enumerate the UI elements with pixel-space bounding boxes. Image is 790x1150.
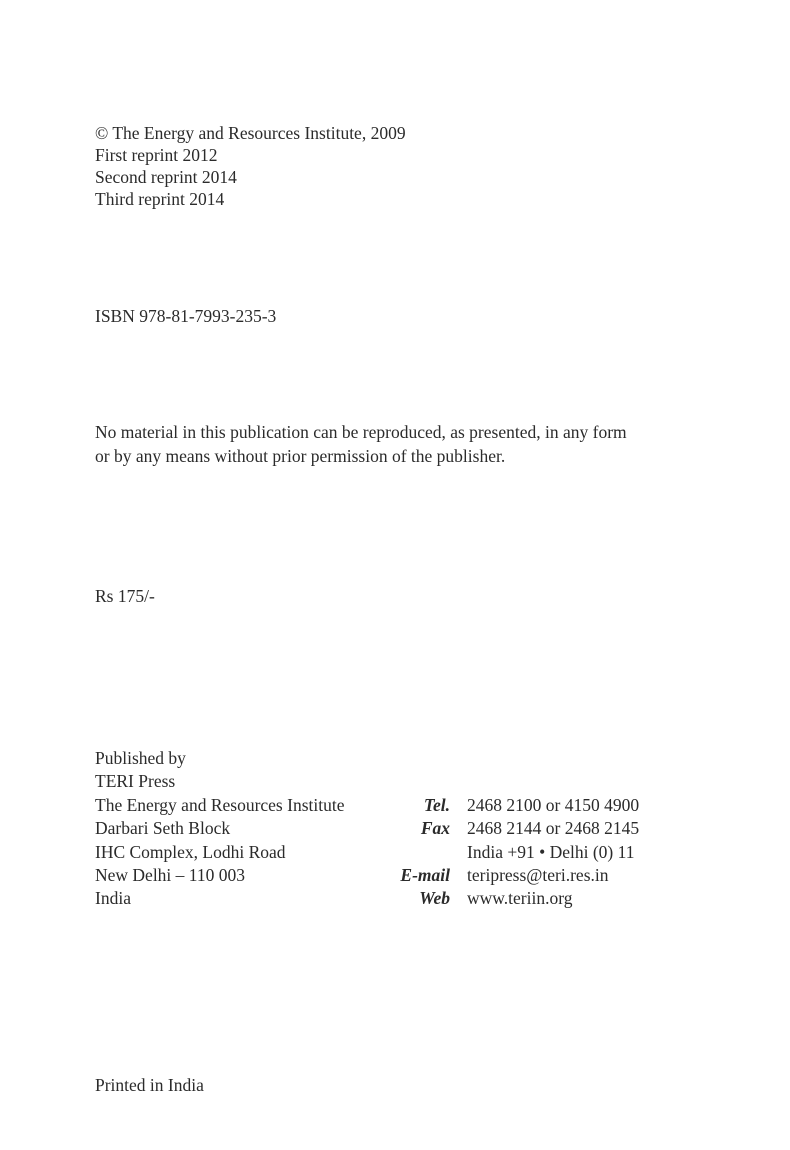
tel-value: 2468 2100 or 4150 4900	[467, 794, 639, 817]
copyright-block: © The Energy and Resources Institute, 20…	[95, 122, 406, 210]
publisher-row: New Delhi – 110 003 E-mail teripress@ter…	[95, 864, 695, 887]
address-line: New Delhi – 110 003	[95, 864, 395, 887]
email-value: teripress@teri.res.in	[467, 864, 609, 887]
publisher-row: The Energy and Resources Institute Tel. …	[95, 794, 695, 817]
rights-notice-line: No material in this publication can be r…	[95, 421, 627, 445]
publisher-row: Darbari Seth Block Fax 2468 2144 or 2468…	[95, 817, 695, 840]
fax-value: 2468 2144 or 2468 2145	[467, 817, 639, 840]
contact-label	[395, 770, 450, 793]
publisher-row: Published by	[95, 747, 695, 770]
rights-notice-line: or by any means without prior permission…	[95, 445, 627, 469]
fax-label: Fax	[395, 817, 450, 840]
price: Rs 175/-	[95, 585, 155, 607]
copyright-line: © The Energy and Resources Institute, 20…	[95, 122, 406, 144]
email-label: E-mail	[395, 864, 450, 887]
dialing-code: India +91 • Delhi (0) 11	[467, 841, 634, 864]
publisher-heading: Published by	[95, 747, 395, 770]
web-label: Web	[395, 887, 450, 910]
publisher-block: Published by TERI Press The Energy and R…	[95, 747, 695, 911]
address-line: Darbari Seth Block	[95, 817, 395, 840]
address-line: The Energy and Resources Institute	[95, 794, 395, 817]
contact-label	[395, 841, 450, 864]
rights-notice: No material in this publication can be r…	[95, 421, 627, 468]
isbn-number: ISBN 978-81-7993-235-3	[95, 305, 276, 327]
reprint-line-second: Second reprint 2014	[95, 166, 406, 188]
publisher-row: India Web www.teriin.org	[95, 887, 695, 910]
address-line: India	[95, 887, 395, 910]
address-line: IHC Complex, Lodhi Road	[95, 841, 395, 864]
contact-label	[395, 747, 450, 770]
publisher-name: TERI Press	[95, 770, 395, 793]
tel-label: Tel.	[395, 794, 450, 817]
web-value: www.teriin.org	[467, 887, 572, 910]
reprint-line-first: First reprint 2012	[95, 144, 406, 166]
reprint-line-third: Third reprint 2014	[95, 188, 406, 210]
printed-in: Printed in India	[95, 1074, 204, 1096]
publisher-row: TERI Press	[95, 770, 695, 793]
publisher-row: IHC Complex, Lodhi Road India +91 • Delh…	[95, 841, 695, 864]
